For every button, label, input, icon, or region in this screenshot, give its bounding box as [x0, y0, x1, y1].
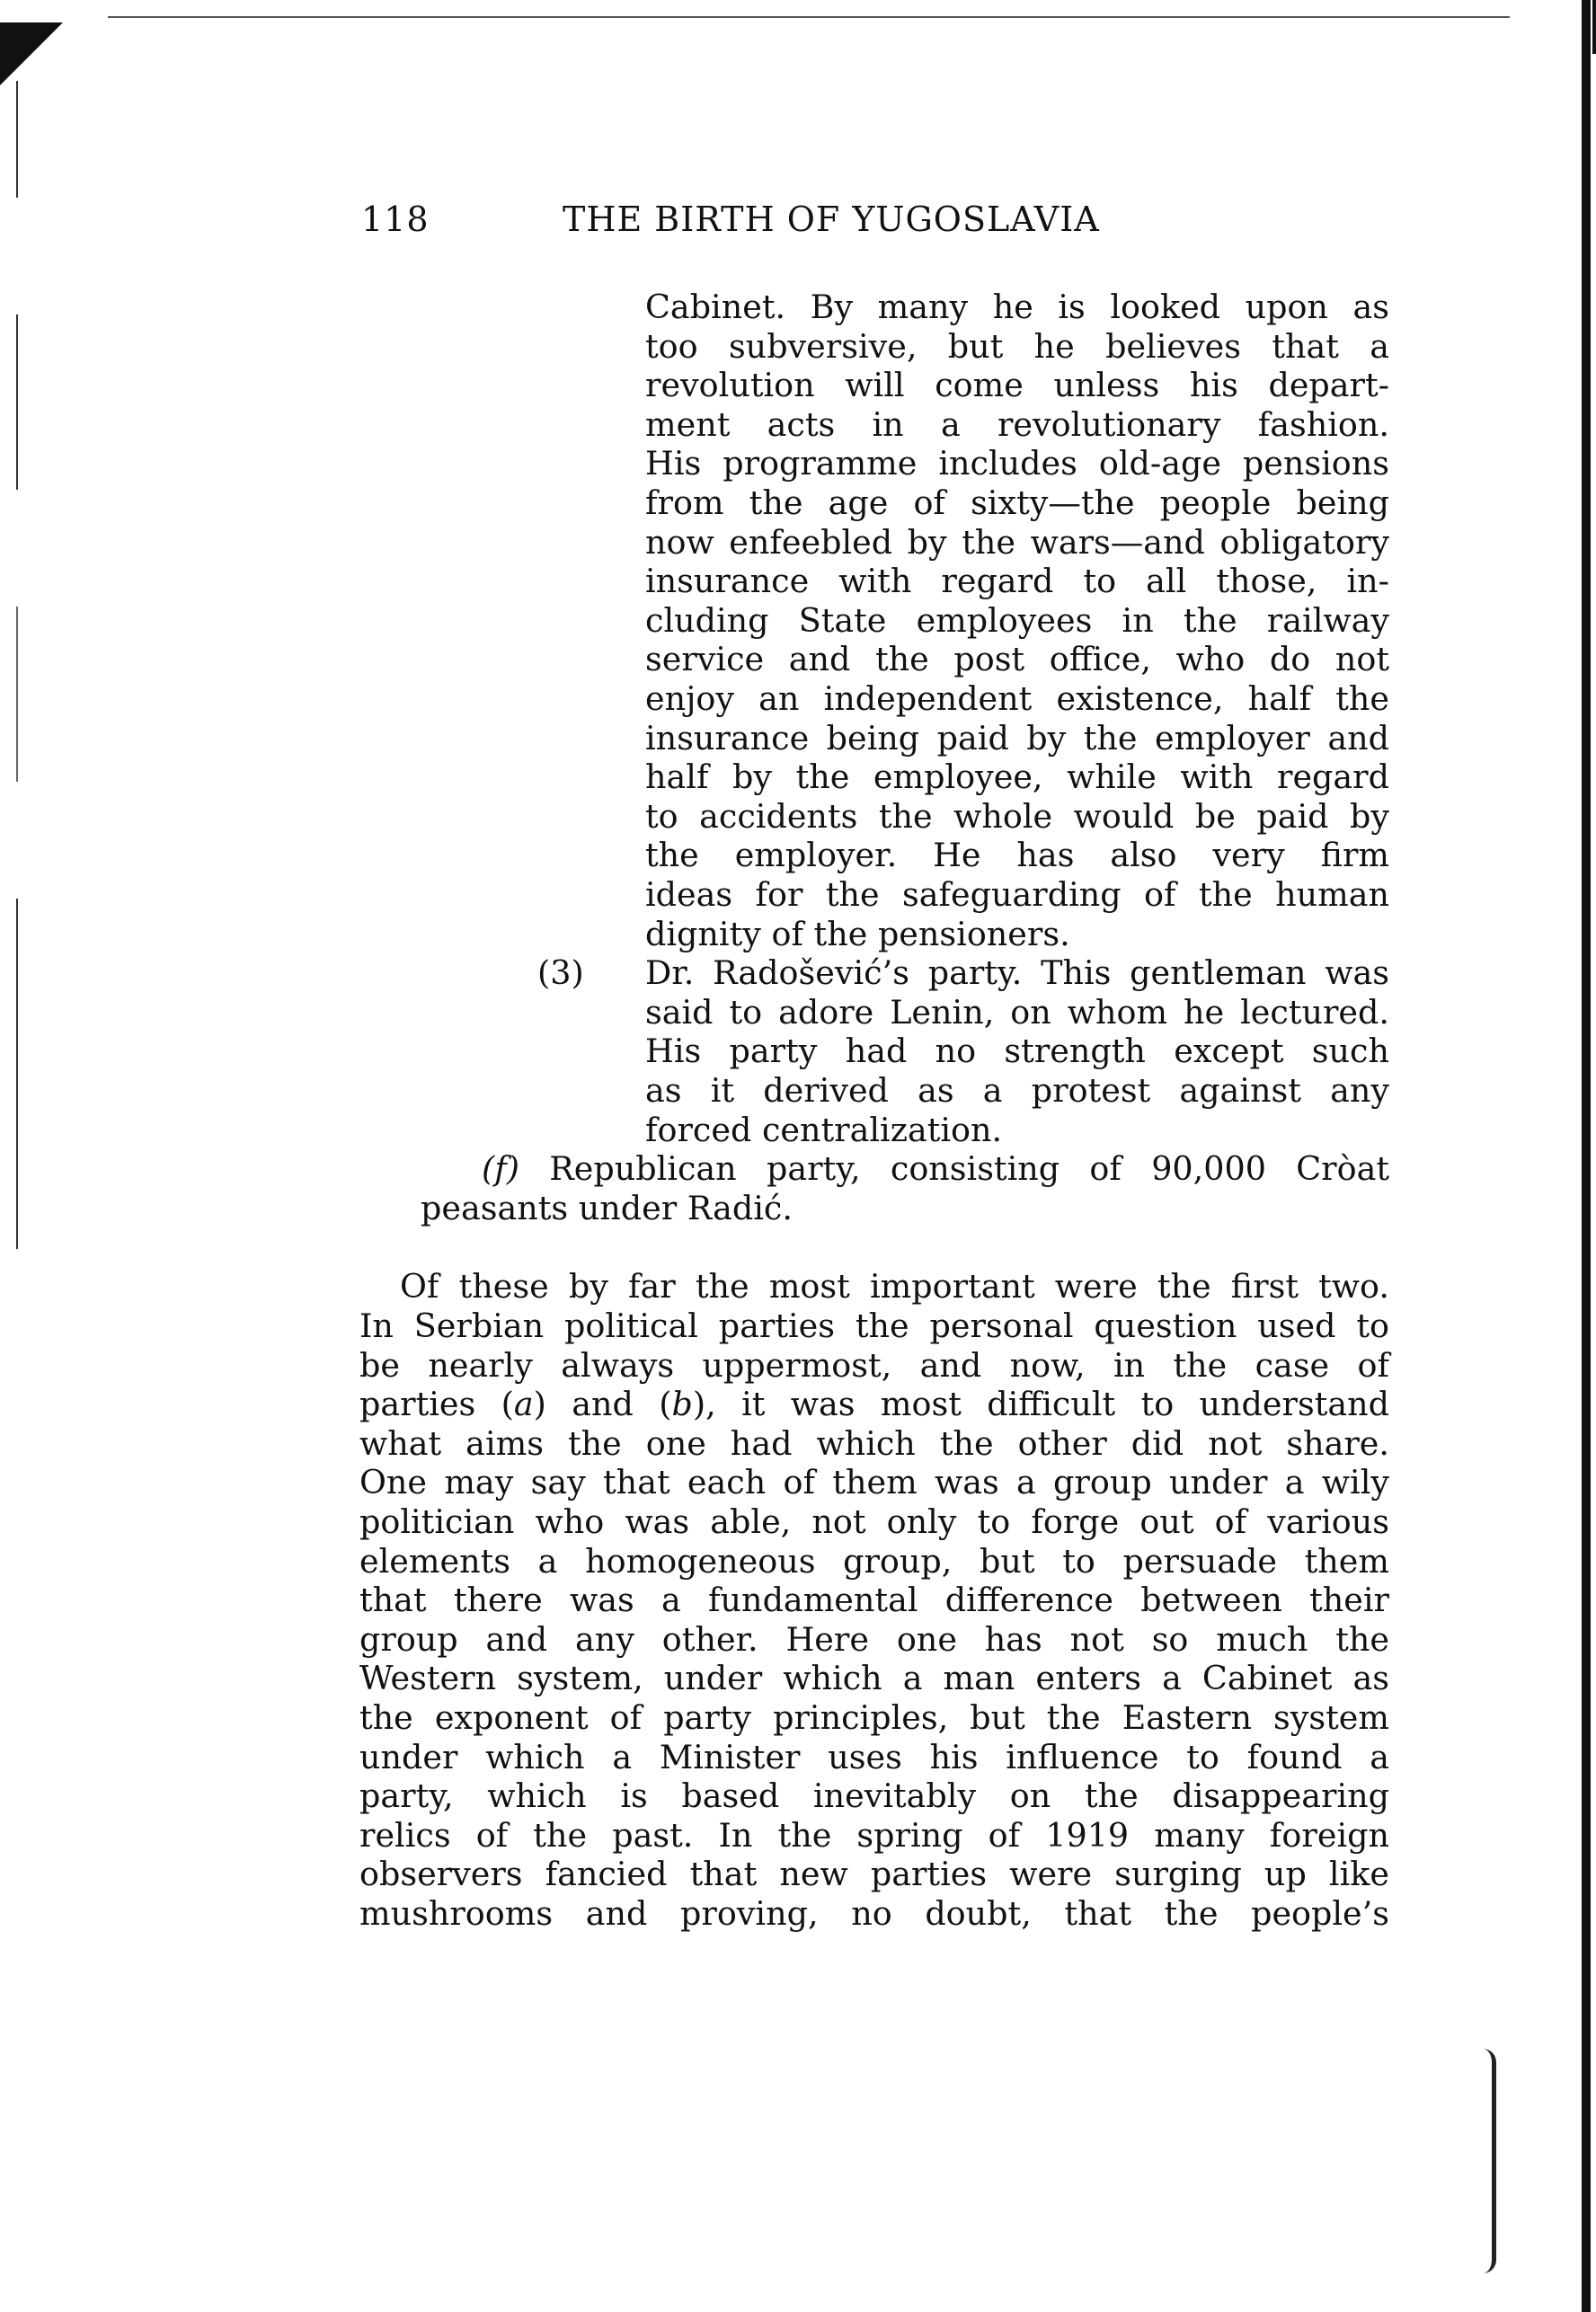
scan-right-edge	[1582, 0, 1591, 2312]
text-line: too subversive, but he believes that a	[645, 327, 1389, 367]
text-line: politician who was able, not only to for…	[359, 1502, 1389, 1542]
text-line: forced centralization.	[645, 1111, 1389, 1150]
text-line: Dr. Radošević’s party. This gentleman wa…	[645, 953, 1389, 993]
text-line: cluding State employees in the railway	[645, 601, 1389, 641]
text-line: mushrooms and proving, no doubt, that th…	[359, 1894, 1389, 1934]
text-line: party, which is based inevitably on the …	[359, 1776, 1389, 1816]
scan-top-edge	[108, 16, 1510, 18]
text-line: ideas for the safeguarding of the human	[645, 875, 1389, 915]
text-line: from the age of sixty—the people being	[645, 483, 1389, 523]
text-line: said to adore Lenin, on whom he lectured…	[645, 993, 1389, 1032]
item-f-continuation: peasants under Radić.	[421, 1189, 793, 1228]
text-line: the exponent of party principles, but th…	[359, 1698, 1389, 1738]
text-line: In Serbian political parties the persona…	[359, 1307, 1389, 1346]
scan-corner-shadow	[0, 22, 63, 85]
text-line: elements a homogeneous group, but to per…	[359, 1542, 1389, 1581]
scan-left-edge-marks	[16, 81, 18, 1249]
text-line: relics of the past. In the spring of 191…	[359, 1816, 1389, 1856]
text-line: half by the employee, while with regard	[645, 757, 1389, 797]
page-number: 118	[361, 199, 430, 239]
text-line: revolution will come unless his depart-	[645, 366, 1389, 405]
text-line: be nearly always uppermost, and now, in …	[359, 1346, 1389, 1386]
item-f-line: (f) Republican party, consisting of 90,0…	[482, 1149, 1389, 1189]
text-line: that there was a fundamental difference …	[359, 1581, 1389, 1620]
text-line: One may say that each of them was a grou…	[359, 1463, 1389, 1502]
text-line: His party had no strength except such	[645, 1032, 1389, 1071]
text-line: insurance with regard to all those, in-	[645, 562, 1389, 601]
text-line: parties (a) and (b), it was most difficu…	[359, 1385, 1389, 1424]
text-line: under which a Minister uses his influenc…	[359, 1738, 1389, 1777]
text-line: Of these by far the most important were …	[400, 1267, 1389, 1307]
text-line: enjoy an independent existence, half the	[645, 679, 1389, 719]
text-line: group and any other. Here one has not so…	[359, 1620, 1389, 1660]
text-line: to accidents the whole would be paid by	[645, 797, 1389, 837]
running-title: THE BIRTH OF YUGOSLAVIA	[563, 199, 1100, 239]
text-line: Western system, under which a man enters…	[359, 1659, 1389, 1698]
text-line: the employer. He has also very firm	[645, 836, 1389, 875]
text-line: dignity of the pensioners.	[645, 915, 1389, 954]
text-line: His programme includes old-age pensions	[645, 444, 1389, 483]
text-line: now enfeebled by the wars—and obligatory	[645, 523, 1389, 562]
text-line: service and the post office, who do not	[645, 640, 1389, 679]
scan-bottom-right-mark	[1483, 2049, 1496, 2273]
book-page: 118 THE BIRTH OF YUGOSLAVIA Cabinet. By …	[0, 0, 1596, 2312]
text-line: Cabinet. By many he is looked upon as	[645, 288, 1389, 327]
item-f-text: Republican party, consisting of 90,000 C…	[549, 1149, 1389, 1188]
item-f-label: (f)	[482, 1149, 519, 1188]
text-line: insurance being paid by the employer and	[645, 719, 1389, 758]
text-line: observers fancied that new parties were …	[359, 1855, 1389, 1894]
text-line: ment acts in a revolutionary fashion.	[645, 405, 1389, 445]
text-line: as it derived as a protest against any	[645, 1071, 1389, 1111]
item-3-number: (3)	[537, 953, 584, 993]
scan-right-edge-top	[1592, 0, 1596, 54]
text-line: what aims the one had which the other di…	[359, 1424, 1389, 1464]
